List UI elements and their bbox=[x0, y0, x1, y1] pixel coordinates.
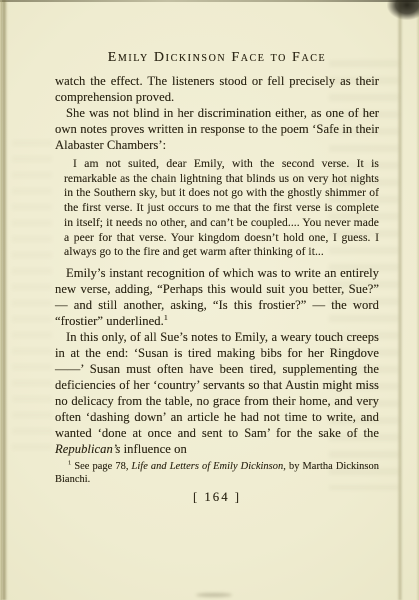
text-segment: In this only, of all Sue’s notes to Emil… bbox=[55, 330, 379, 440]
text-segment: Emily’s instant recognition of which was… bbox=[55, 266, 379, 328]
page-crease-right bbox=[397, 0, 403, 600]
paragraph: Emily’s instant recognition of which was… bbox=[55, 265, 379, 329]
text-segment: Life and Letters of Emily Dickinson bbox=[132, 461, 284, 472]
paragraph: She was not blind in her discrimination … bbox=[55, 105, 379, 153]
text-segment: Republican’s bbox=[55, 442, 120, 456]
running-head: Emily Dickinson Face to Face bbox=[55, 50, 379, 66]
footnote: 1 See page 78, Life and Letters of Emily… bbox=[55, 461, 379, 486]
block-quote: I am not suited, dear Emily, with the se… bbox=[64, 157, 379, 260]
page-gutter-shadow bbox=[1, 0, 8, 600]
paragraph: In this only, of all Sue’s notes to Emil… bbox=[55, 329, 379, 457]
text-segment: influence on bbox=[120, 442, 186, 456]
book-page-photo: Emily Dickinson Face to Face watch the e… bbox=[0, 0, 419, 600]
footnote-marker: 1 bbox=[164, 313, 168, 322]
paragraph-continuation: watch the effect. The listeners stood or… bbox=[55, 73, 379, 105]
ink-showthrough-left bbox=[12, 140, 52, 460]
page-text-block: Emily Dickinson Face to Face watch the e… bbox=[55, 50, 379, 505]
page-number: [ 164 ] bbox=[55, 490, 379, 505]
text-segment: See page 78, bbox=[71, 461, 131, 472]
bottom-smudge bbox=[196, 593, 232, 597]
page-edge-top bbox=[0, 0, 419, 2]
photo-dark-corner bbox=[387, 0, 419, 20]
